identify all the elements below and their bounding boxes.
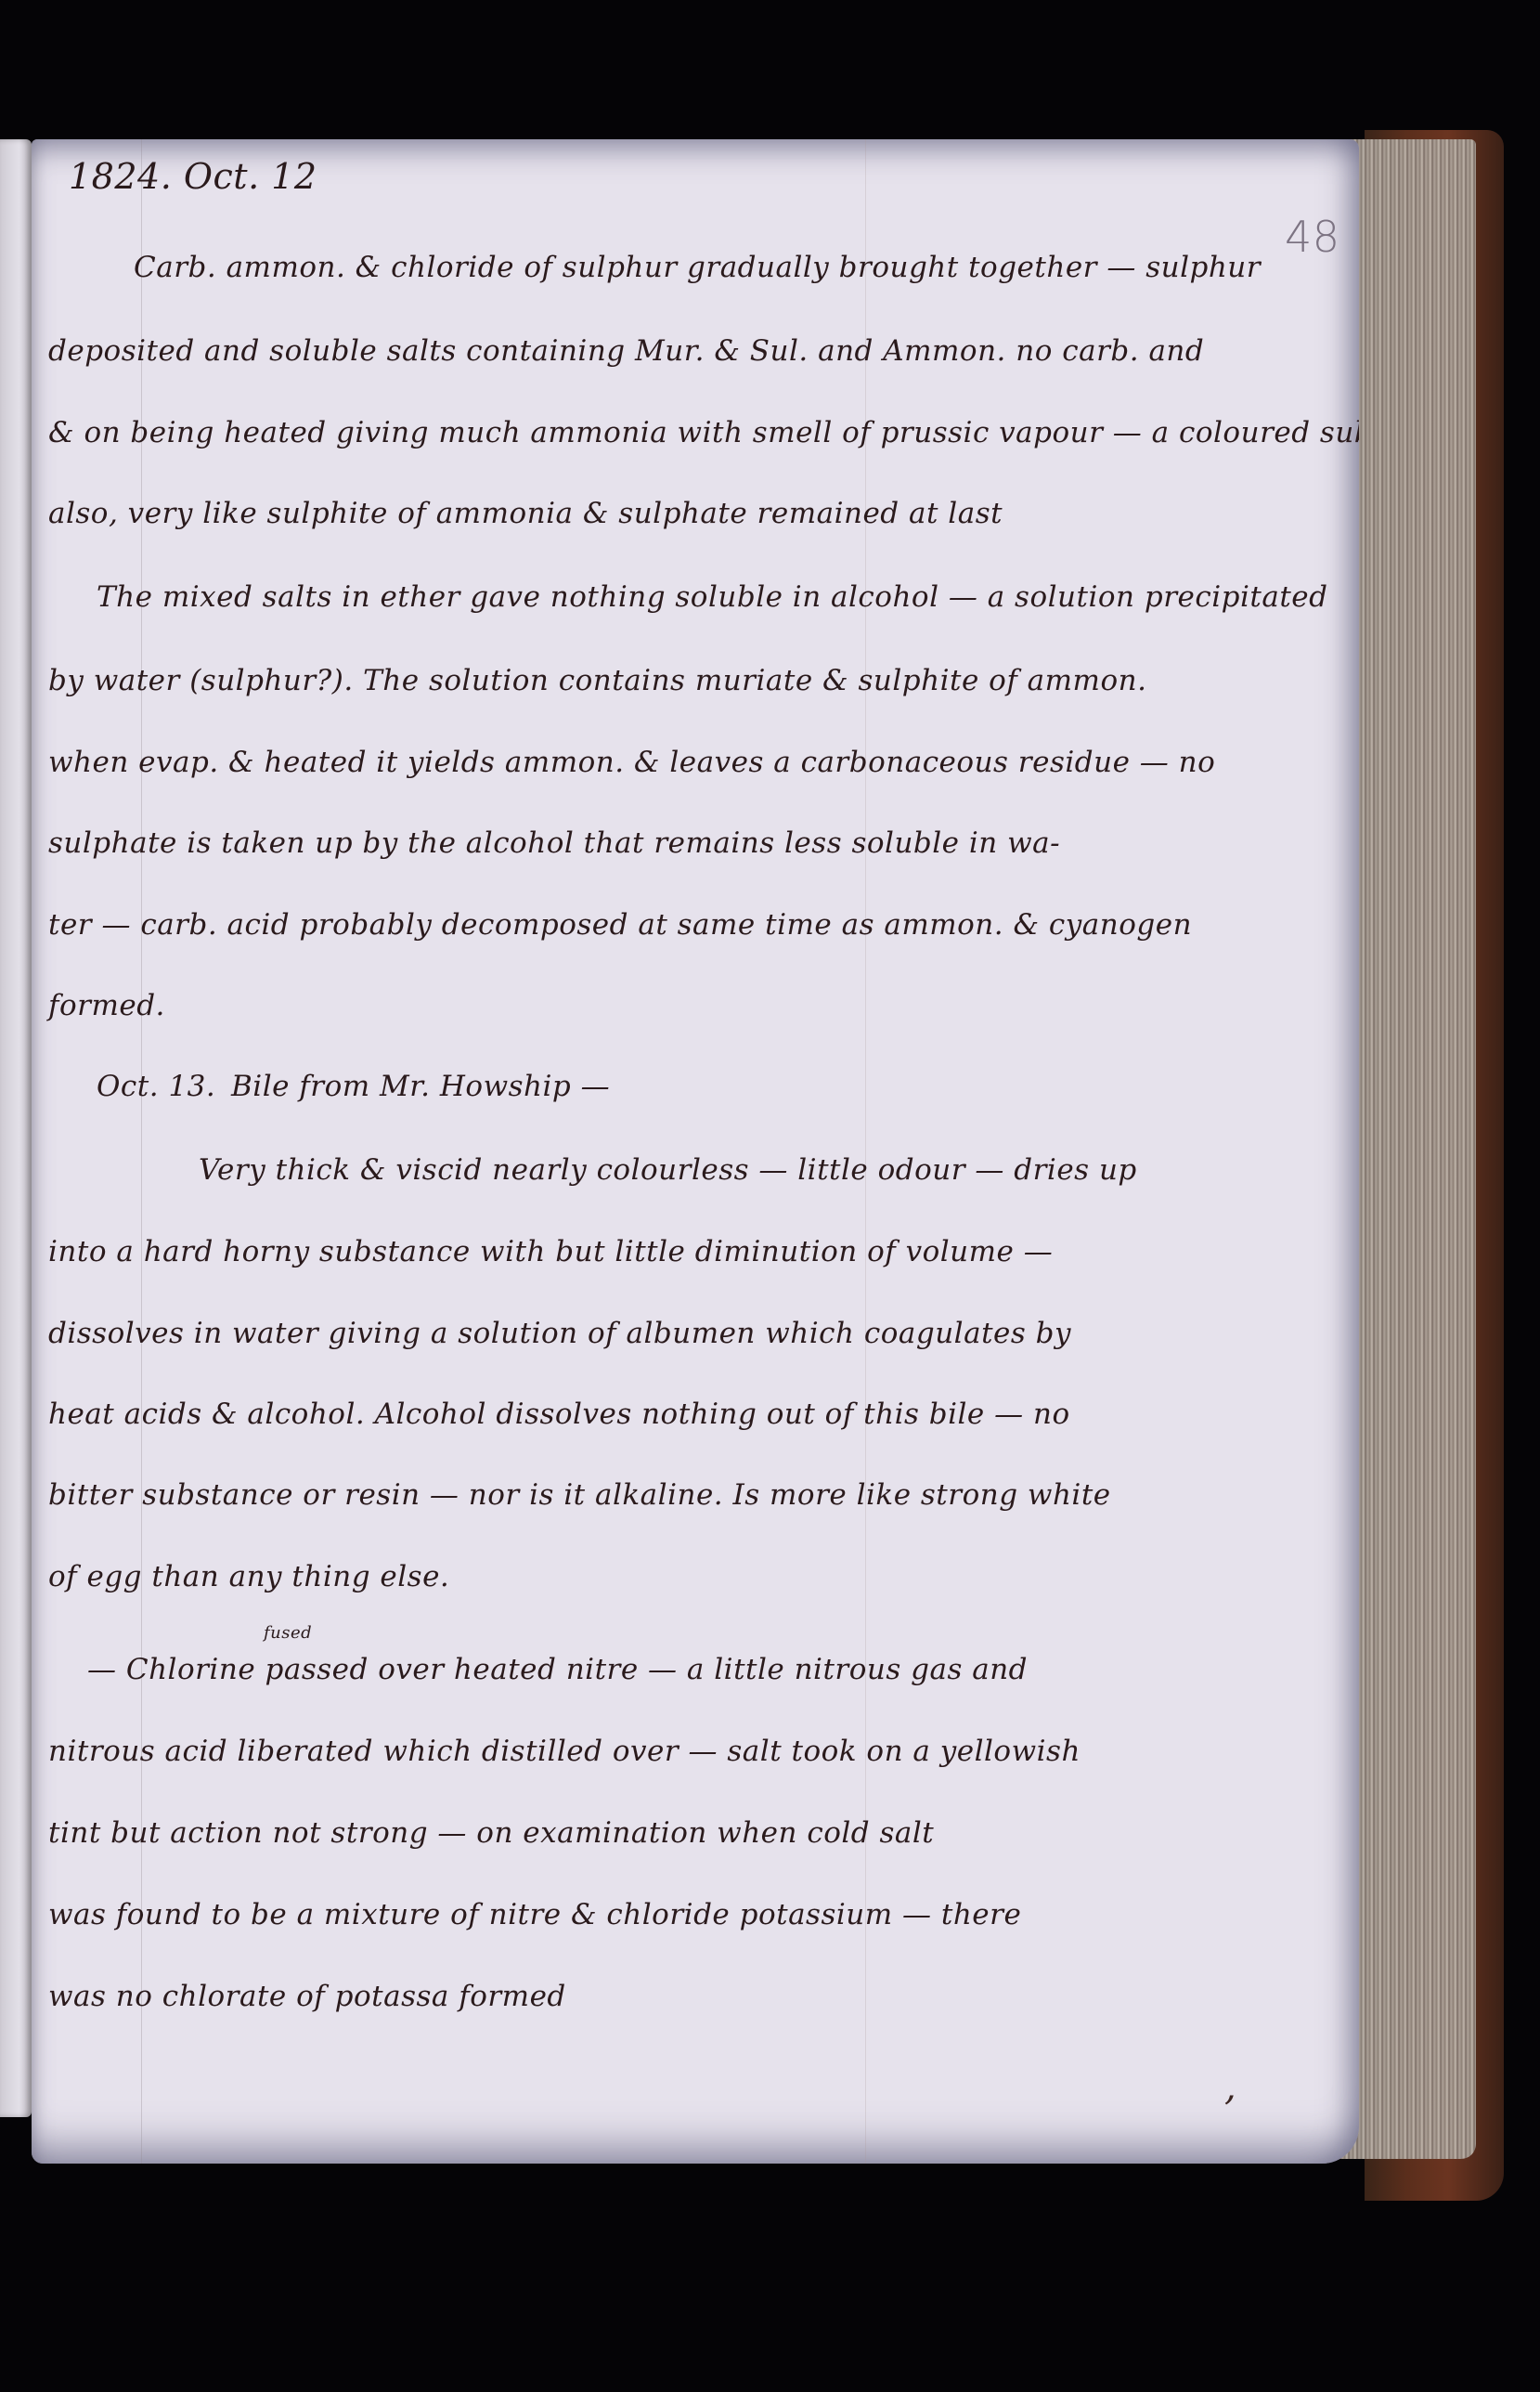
- entry-date: Oct. 13.: [97, 1070, 215, 1103]
- interlinear-insertion: fused: [264, 1623, 312, 1643]
- entry-line: The mixed salts in ether gave nothing so…: [97, 580, 1328, 614]
- entry-line: dissolves in water giving a solution of …: [48, 1317, 1071, 1350]
- entry-heading: Bile from Mr. Howship —: [231, 1070, 610, 1103]
- entry-line: — Chlorine passed over heated nitre — a …: [87, 1653, 1028, 1686]
- entry-line: nitrous acid liberated which distilled o…: [48, 1735, 1081, 1768]
- entry-line: tint but action not strong — on examinat…: [48, 1816, 934, 1850]
- facing-page-edge: [0, 139, 32, 2117]
- entry-line: & on being heated giving much ammonia wi…: [48, 416, 1359, 449]
- folio-number: 48: [1285, 212, 1340, 262]
- entry-line: into a hard horny substance with but lit…: [48, 1235, 1053, 1268]
- entry-line: bitter substance or resin — nor is it al…: [48, 1478, 1111, 1512]
- entry-line: Very thick & viscid nearly colourless — …: [199, 1153, 1137, 1187]
- entry-line: also, very like sulphite of ammonia & su…: [48, 497, 1003, 530]
- entry-line: by water (sulphur?). The solution contai…: [48, 664, 1146, 697]
- ink-mark: ,: [1224, 2066, 1236, 2109]
- entry-line: ter — carb. acid probably decomposed at …: [48, 908, 1192, 942]
- entry-line: heat acids & alcohol. Alcohol dissolves …: [48, 1397, 1070, 1431]
- entry-line: Carb. ammon. & chloride of sulphur gradu…: [134, 251, 1261, 284]
- entry-line: was found to be a mixture of nitre & chl…: [48, 1898, 1021, 1931]
- entry-date: 1824. Oct. 12: [69, 156, 317, 197]
- notebook-scan: 48 1824. Oct. 12 Carb. ammon. & chloride…: [0, 0, 1540, 2392]
- entry-line: deposited and soluble salts containing M…: [48, 334, 1204, 368]
- notebook-page: 48 1824. Oct. 12 Carb. ammon. & chloride…: [32, 139, 1359, 2164]
- entry-line: was no chlorate of potassa formed: [48, 1980, 566, 2013]
- entry-line: sulphate is taken up by the alcohol that…: [48, 826, 1060, 860]
- entry-line: when evap. & heated it yields ammon. & l…: [48, 746, 1215, 779]
- entry-line: of egg than any thing else.: [48, 1560, 449, 1593]
- entry-line: formed.: [48, 989, 165, 1022]
